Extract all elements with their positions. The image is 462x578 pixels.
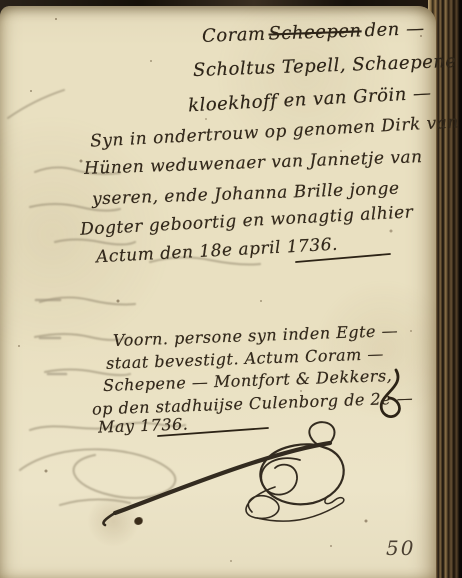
register-page-scan: CoramScheependen — Scholtus Tepell, Scha… [0,0,462,578]
signature-flourish [95,415,355,535]
foxing-specks [55,18,57,20]
page-number: 50 [386,536,415,560]
ampersand-descender-flourish [381,370,399,417]
